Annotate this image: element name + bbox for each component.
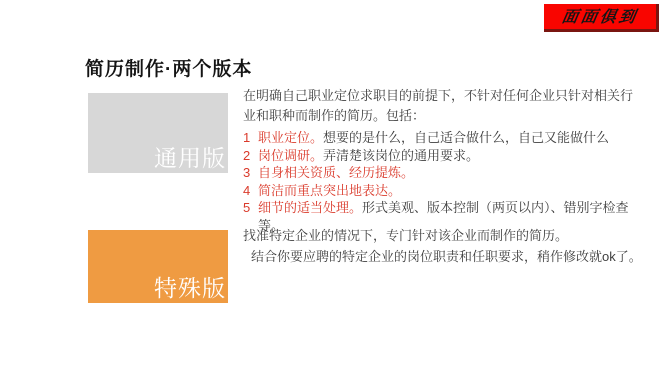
general-intro: 在明确自己职业定位求职目的前提下，不针对任何企业只针对相关行业和职种而制作的简历… (243, 86, 641, 126)
general-list: 1职业定位。想要的是什么，自己适合做什么，自己又能做什么2岗位调研。弄清楚该岗位… (243, 129, 667, 234)
special-section: 找准特定企业的情况下，专门针对该企业而制作的简历。 结合你要应聘的特定企业的岗位… (243, 225, 667, 267)
list-item-number: 1 (243, 129, 258, 147)
general-version-label: 通用版 (154, 147, 228, 173)
slide: 面面俱到 简历制作·两个版本 通用版 特殊版 在明确自己职业定位求职目的前提下，… (0, 0, 668, 368)
list-item-text: 岗位调研。弄清楚该岗位的通用要求。 (258, 147, 652, 165)
list-item-text: 自身相关资质、经历提炼。 (258, 164, 652, 182)
brand-logo: 面面俱到 (544, 4, 659, 32)
list-item-highlight: 岗位调研。 (258, 148, 323, 163)
list-item-highlight: 细节的适当处理。 (258, 200, 362, 215)
list-item: 1职业定位。想要的是什么，自己适合做什么，自己又能做什么 (243, 129, 667, 147)
list-item-highlight: 职业定位。 (258, 130, 323, 145)
list-item: 4简洁而重点突出地表达。 (243, 182, 667, 200)
list-item-number: 4 (243, 182, 258, 200)
list-item-number: 2 (243, 147, 258, 165)
page-title: 简历制作·两个版本 (85, 54, 252, 81)
list-item: 2岗位调研。弄清楚该岗位的通用要求。 (243, 147, 667, 165)
list-item-number: 3 (243, 164, 258, 182)
general-version-box: 通用版 (88, 93, 228, 173)
list-item-text: 职业定位。想要的是什么，自己适合做什么，自己又能做什么 (258, 129, 652, 147)
list-item-highlight: 自身相关资质、经历提炼。 (258, 165, 414, 180)
special-version-box: 特殊版 (88, 230, 228, 303)
special-version-label: 特殊版 (154, 277, 228, 303)
general-section: 在明确自己职业定位求职目的前提下，不针对任何企业只针对相关行业和职种而制作的简历… (243, 86, 667, 234)
list-item-text: 简洁而重点突出地表达。 (258, 182, 652, 200)
brand-logo-text: 面面俱到 (561, 9, 640, 25)
special-line1: 找准特定企业的情况下，专门针对该企业而制作的简历。 (243, 225, 667, 246)
list-item: 3自身相关资质、经历提炼。 (243, 164, 667, 182)
list-item-highlight: 简洁而重点突出地表达。 (258, 183, 401, 198)
special-line2: 结合你要应聘的特定企业的岗位职责和任职要求，稍作修改就ok了。 (243, 246, 667, 267)
